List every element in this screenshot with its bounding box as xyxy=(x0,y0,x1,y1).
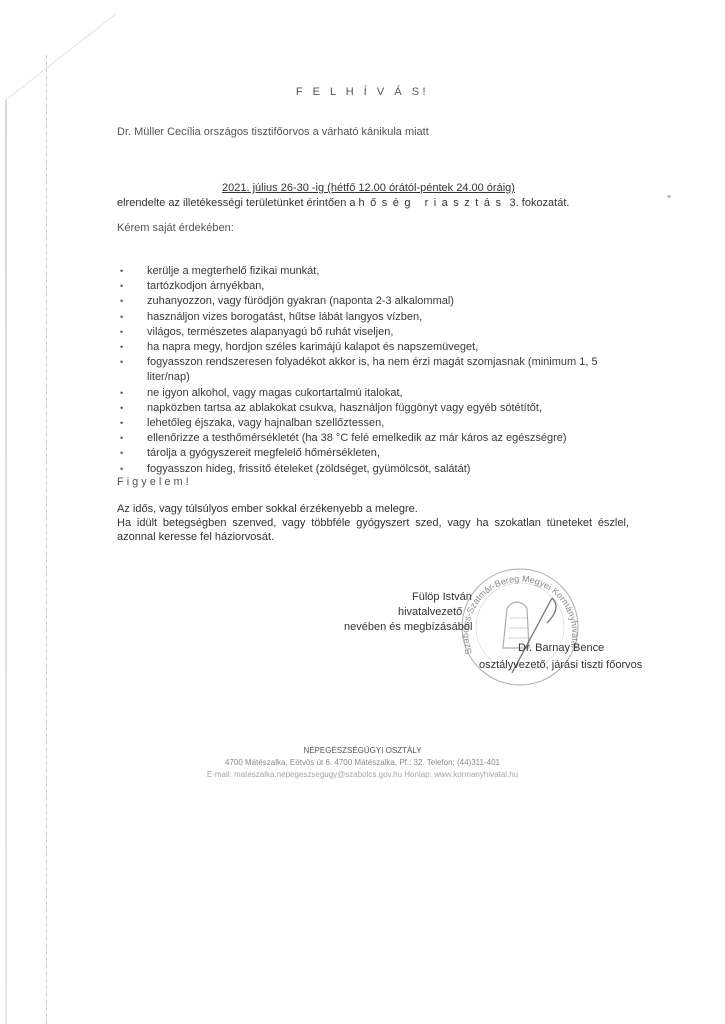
recommendation-item: •fogyasszon hideg, frissítő ételeket (zö… xyxy=(117,462,637,477)
recommendation-text: zuhanyozzon, vagy fürödjön gyakran (napo… xyxy=(147,294,642,309)
bullet-icon: • xyxy=(120,446,123,461)
bullet-icon: • xyxy=(120,401,123,416)
recommendation-item: •lehetőleg éjszaka, vagy hajnalban szell… xyxy=(117,416,637,431)
recommendation-text: fogyasszon rendszeresen folyadékot akkor… xyxy=(147,355,642,385)
bullet-icon: • xyxy=(120,264,123,279)
recommendation-text: tartózkodjon árnyékban, xyxy=(147,279,642,294)
date-range: 2021. július 26-30 -ig (hétfő 12.00 órát… xyxy=(222,182,515,194)
signatory-name: Dr. Barnay Bence xyxy=(518,642,604,654)
recommendation-item: •ha napra megy, hordjon széles karimájú … xyxy=(117,340,637,355)
bullet-icon: • xyxy=(120,386,123,401)
recommendation-item: •világos, természetes alapanyagú bő ruhá… xyxy=(117,325,637,340)
bullet-icon: • xyxy=(120,294,123,309)
on-behalf-text: nevében és megbízásából xyxy=(344,621,472,633)
bullet-icon: • xyxy=(120,325,123,340)
paragraph-doctor: azonnal keresse fel háziorvosát. xyxy=(117,531,274,543)
recommendation-text: világos, természetes alapanyagú bő ruhát… xyxy=(147,325,642,340)
recommendation-item: •napközben tartsa az ablakokat csukva, h… xyxy=(117,401,637,416)
recommendation-item: •ellenőrizze a testhőmérsékletét (ha 38 … xyxy=(117,431,637,446)
scan-artifact-edge xyxy=(5,100,7,1024)
official-stamp: Szabolcs-Szatmár-Bereg Megyei Kormányhiv… xyxy=(452,563,592,693)
bullet-icon: • xyxy=(120,431,123,446)
recommendation-item: •fogyasszon rendszeresen folyadékot akko… xyxy=(117,355,637,385)
recommendation-text: fogyasszon hideg, frissítő ételeket (zöl… xyxy=(147,462,642,477)
recommendation-item: •kerülje a megterhelő fizikai munkát, xyxy=(117,264,637,279)
request-text: Kérem saját érdekében: xyxy=(117,222,234,234)
recommendation-item: •zuhanyozzon, vagy fürödjön gyakran (nap… xyxy=(117,294,637,309)
scan-speck xyxy=(667,195,671,198)
recommendation-text: lehetőleg éjszaka, vagy hajnalban szellő… xyxy=(147,416,642,431)
bullet-icon: • xyxy=(120,340,123,355)
bullet-icon: • xyxy=(120,416,123,431)
recommendation-text: ellenőrizze a testhőmérsékletét (ha 38 °… xyxy=(147,431,642,446)
recommendation-item: •használjon vizes borogatást, hűtse lábá… xyxy=(117,310,637,325)
scan-artifact-line xyxy=(46,55,47,1024)
recommendation-text: ne igyon alkohol, vagy magas cukortartal… xyxy=(147,386,642,401)
paragraph-elderly: Az idős, vagy túlsúlyos ember sokkal érz… xyxy=(117,503,418,515)
signer-name: Fülöp István xyxy=(412,591,472,603)
bullet-icon: • xyxy=(120,355,123,370)
recommendation-text: tárolja a gyógyszereit megfelelő hőmérsé… xyxy=(147,446,642,461)
recommendation-text: napközben tartsa az ablakokat csukva, ha… xyxy=(147,401,642,416)
recommendation-item: •tárolja a gyógyszereit megfelelő hőmérs… xyxy=(117,446,637,461)
bullet-icon: • xyxy=(120,279,123,294)
recommendation-item: •ne igyon alkohol, vagy magas cukortarta… xyxy=(117,386,637,401)
recommendation-text: ha napra megy, hordjon széles karimájú k… xyxy=(147,340,642,355)
bullet-icon: • xyxy=(120,462,123,477)
intro-text: Dr. Müller Cecília országos tisztifőorvo… xyxy=(117,126,429,138)
signatory-role: osztályvezető, járási tiszti főorvos xyxy=(479,659,642,671)
recommendation-item: •tartózkodjon árnyékban, xyxy=(117,279,637,294)
document-title: F E L H Í V Á S! xyxy=(0,86,725,98)
order-text: elrendelte az illetékességi területünket… xyxy=(117,197,569,209)
footer-address: 4700 Mátészalka, Eötvös út 6. 4700 Mátés… xyxy=(0,758,725,767)
order-suffix: 3. fokozatát. xyxy=(506,197,569,209)
bullet-icon: • xyxy=(120,310,123,325)
footer-department: NÉPEGÉSZSÉGÜGYI OSZTÁLY xyxy=(0,746,725,755)
heat-alert-emphasis: hőség riasztás xyxy=(359,197,507,209)
paragraph-chronic: Ha idült betegségben szenved, vagy többf… xyxy=(117,517,629,529)
order-prefix: elrendelte az illetékességi területünket… xyxy=(117,197,359,209)
footer-contact: E-mail: mateszalka.nepegeszsegugy@szabol… xyxy=(0,770,725,779)
recommendation-text: kerülje a megterhelő fizikai munkát, xyxy=(147,264,642,279)
signer-role: hivatalvezető xyxy=(398,606,462,618)
attention-heading: Figyelem! xyxy=(117,476,192,488)
recommendation-list: •kerülje a megterhelő fizikai munkát,•ta… xyxy=(117,264,637,477)
recommendation-text: használjon vizes borogatást, hűtse lábát… xyxy=(147,310,642,325)
